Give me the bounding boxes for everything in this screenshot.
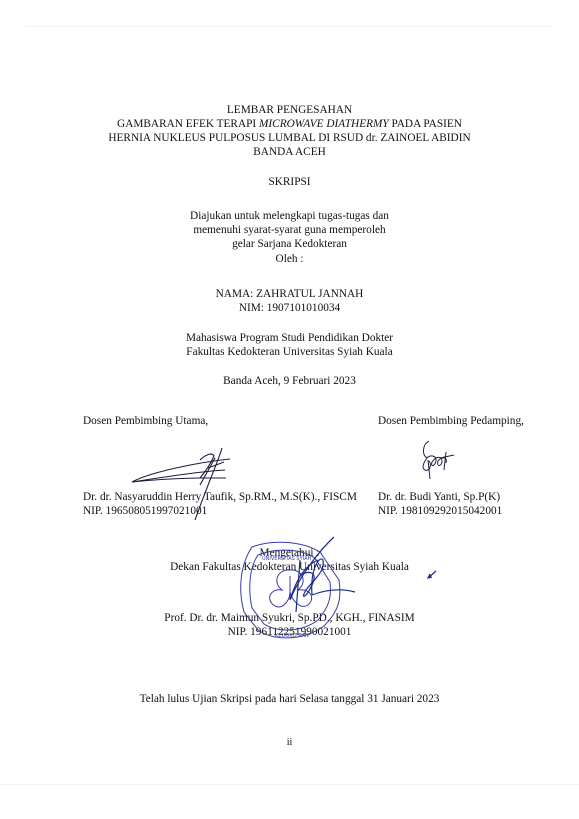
page-bottom-edge — [0, 784, 579, 785]
co-supervisor-signature-icon — [423, 441, 454, 479]
page-number: ii — [0, 736, 579, 750]
passed-statement: Telah lulus Ujian Skripsi pada hari Sela… — [0, 692, 579, 706]
student-nim: NIM: 1907101010034 — [0, 301, 579, 315]
document-type: SKRIPSI — [0, 175, 579, 189]
program-line: Mahasiswa Program Studi Pendidikan Dokte… — [0, 331, 579, 345]
student-name: NAMA: ZAHRATUL JANNAH — [0, 287, 579, 301]
thesis-title-line-3: BANDA ACEH — [0, 145, 579, 159]
purpose-statement: Diajukan untuk melengkapi tugas-tugas da… — [0, 209, 579, 251]
purpose-line: gelar Sarjana Kedokteran — [0, 237, 579, 251]
dean-name: Prof. Dr. dr. Maimun Syukri, Sp.PD., KGH… — [0, 611, 579, 625]
co-supervisor-name: Dr. dr. Budi Yanti, Sp.P(K) — [378, 490, 500, 504]
co-supervisor-nip: NIP. 198109292015042001 — [378, 504, 502, 518]
page-top-edge — [26, 26, 553, 27]
main-supervisor-role: Dosen Pembimbing Utama, — [83, 414, 208, 428]
place-date: Banda Aceh, 9 Februari 2023 — [0, 374, 579, 388]
program-info: Mahasiswa Program Studi Pendidikan Dokte… — [0, 331, 579, 359]
title-italic: MICROWAVE DIATHERMY — [259, 118, 389, 130]
title-prefix: GAMBARAN EFEK TERAPI — [117, 118, 259, 130]
student-info: NAMA: ZAHRATUL JANNAH NIM: 1907101010034 — [0, 287, 579, 315]
co-supervisor-role: Dosen Pembimbing Pedamping, — [378, 414, 524, 428]
by-label: Oleh : — [0, 252, 579, 266]
title-suffix: PADA PASIEN — [389, 118, 462, 130]
approval-label: Mengetahui : — [0, 546, 579, 560]
program-line: Fakultas Kedokteran Universitas Syiah Ku… — [0, 345, 579, 359]
title-block: LEMBAR PENGESAHAN GAMBARAN EFEK TERAPI M… — [0, 103, 579, 159]
thesis-title-line-1: GAMBARAN EFEK TERAPI MICROWAVE DIATHERMY… — [0, 117, 579, 131]
page-heading: LEMBAR PENGESAHAN — [0, 103, 579, 117]
purpose-line: Diajukan untuk melengkapi tugas-tugas da… — [0, 209, 579, 223]
main-supervisor-name: Dr. dr. Nasyaruddin Herry Taufik, Sp.RM.… — [83, 490, 357, 504]
dean-nip: NIP. 196112251990021001 — [0, 625, 579, 639]
dean-title: Dekan Fakultas Kedokteran Universitas Sy… — [0, 560, 579, 574]
main-supervisor-nip: NIP. 196508051997021001 — [83, 504, 207, 518]
purpose-line: memenuhi syarat-syarat guna memperoleh — [0, 223, 579, 237]
thesis-title-line-2: HERNIA NUKLEUS PULPOSUS LUMBAL DI RSUD d… — [0, 131, 579, 145]
